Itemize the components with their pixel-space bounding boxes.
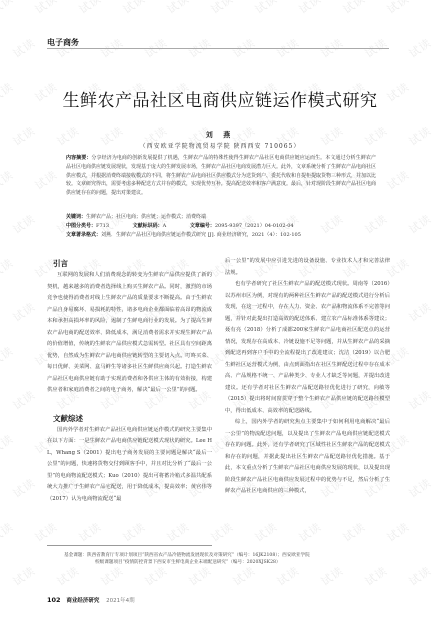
body-paragraph: 也有学者研究了社区生鲜农产品的配送模式现状。周南等（2016）以苏州市区为例，对… <box>225 279 390 417</box>
citation-text: 刘燕．生鲜农产品社区电商供应链运作模式研究 [J]. 商业经济研究，2021（4… <box>101 232 301 238</box>
journal-name: 商业经济研究 <box>66 598 99 604</box>
citation-label: 文章著录格式： <box>66 232 101 238</box>
literature-review-paragraph: 国内外学者对生鲜农产品社区电商供应链运作模式的研究主要集中在以下方面：一是生鲜农… <box>47 425 212 506</box>
paper-page: 电子商务 生鲜农产品社区电商供应链运作模式研究 刘 燕 （西安欧亚学院物流贸易学… <box>0 0 440 620</box>
header-divider <box>47 48 389 49</box>
keywords: 关键词：生鲜农产品；社区电商；供应链；运作模式；消费终端 <box>66 213 396 220</box>
section-heading-introduction: 引言 <box>53 258 212 270</box>
article-number-label: 文章编号： <box>190 223 215 229</box>
classification-line: 中图分类号：F713 文献标识码：A 文章编号：2095-9397（2021）0… <box>66 222 396 229</box>
abstract-text: 分享经济为电商的创新发展提供了机遇，生鲜农产品的特殊性使得生鲜农产品社区电商供应… <box>66 155 376 196</box>
body-paragraph: 综上，国内外学者的研究焦点主要集中于如何利用电商解决“最后一公里”的物流配送问题… <box>225 417 390 498</box>
running-head: 电子商务 <box>47 37 79 48</box>
author-affiliation: （西安欧亚学院物流贸易学院 陕西西安 710065） <box>0 141 440 150</box>
right-column: 后一公里”的发展中应引进先进的设备设施、专业技术人才和完善法律法规。 也有学者研… <box>225 256 390 498</box>
author-name: 刘 燕 <box>0 130 440 140</box>
paper-title: 生鲜农产品社区电商供应链运作模式研究 <box>0 86 440 111</box>
doc-code-label: 文献标识码： <box>133 223 163 229</box>
abstract-label: 内容摘要： <box>66 155 91 161</box>
page-number: 102 <box>47 596 61 604</box>
journal-issue: 2021年4期 <box>106 598 135 604</box>
funding-line-1: 基金课题：陕西省教育厅专项计划项目“陕西省农产品冷链物流发展现状及对策研究”（编… <box>64 552 394 559</box>
citation-format: 文章著录格式：刘燕．生鲜农产品社区电商供应链运作模式研究 [J]. 商业经济研究… <box>66 231 396 238</box>
clc-label: 中图分类号： <box>66 223 96 229</box>
funding-footnote: 基金课题：陕西省教育厅专项计划项目“陕西省农产品冷链物流发展现状及对策研究”（编… <box>64 552 394 566</box>
page-footer: 102 商业经济研究 2021年4期 <box>47 596 135 604</box>
footnote-divider <box>47 545 212 546</box>
keywords-label: 关键词： <box>66 214 86 220</box>
abstract: 内容摘要：分享经济为电商的创新发展提供了机遇，生鲜农产品的特殊性使得生鲜农产品社… <box>66 154 376 198</box>
doc-code-value: A <box>163 223 167 229</box>
article-number-value: 2095-9397（2021）04-0102-04 <box>215 223 294 229</box>
clc-value: F713 <box>96 223 109 229</box>
introduction-paragraph: 互联网的发展和人们消费观念的转变为生鲜农产品供应提供了新的契机，越来越多的消费者… <box>47 270 212 397</box>
left-column: 引言 互联网的发展和人们消费观念的转变为生鲜农产品供应提供了新的契机，越来越多的… <box>47 256 212 505</box>
keywords-text: 生鲜农产品；社区电商；供应链；运作模式；消费终端 <box>86 214 206 220</box>
section-heading-literature-review: 文献综述 <box>53 413 212 425</box>
funding-line-2: 校级课题项目“疫情防控背景下西安市生鲜电商企业末端配送研究”（编号：2020XJ… <box>64 559 394 566</box>
body-paragraph: 后一公里”的发展中应引进先进的设备设施、专业技术人才和完善法律法规。 <box>225 256 390 279</box>
